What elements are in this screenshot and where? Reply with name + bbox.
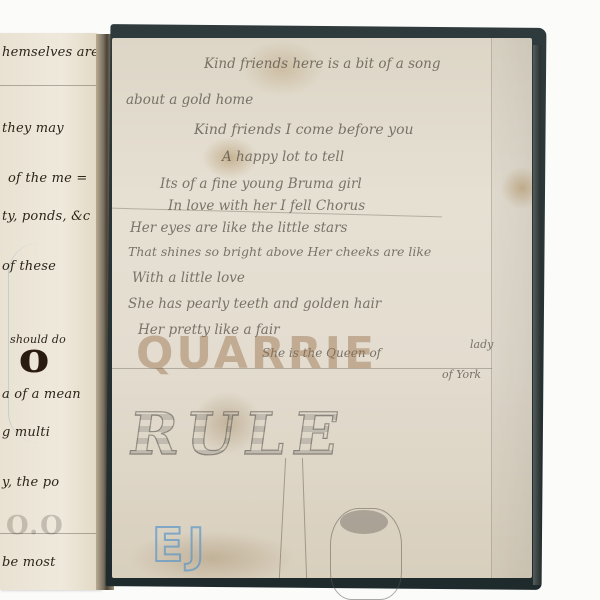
- large-printed-letter: o: [19, 333, 50, 382]
- pencil-line: lady: [470, 338, 493, 351]
- pencil-stroke: [279, 458, 286, 578]
- pencil-line: Her eyes are like the little stars: [130, 220, 347, 236]
- left-line: of these: [2, 259, 56, 274]
- stencil-word: RULE: [125, 400, 350, 468]
- pasted-paper: Kind friends here is a bit of a song abo…: [112, 38, 532, 578]
- pencil-line: Kind friends here is a bit of a song: [204, 56, 440, 72]
- paper-fold: [491, 38, 532, 578]
- left-line: a of a mean: [2, 387, 81, 402]
- pencil-line: A happy lot to tell: [222, 149, 344, 165]
- left-line: of the me =: [8, 171, 87, 186]
- pencil-line: That shines so bright above Her cheeks a…: [128, 244, 431, 259]
- pencil-line: With a little love: [132, 270, 245, 286]
- ruled-line: [0, 533, 100, 534]
- pencil-line: She has pearly teeth and golden hair: [128, 296, 381, 312]
- pencil-line: about a gold home: [126, 92, 253, 108]
- pencil-line: Kind friends I come before you: [194, 122, 414, 138]
- left-facing-page: hemselves are they may of the me = ty, p…: [0, 33, 104, 590]
- left-line: g multi: [2, 425, 50, 440]
- left-line: be most: [2, 555, 56, 570]
- pencil-sketch-hat: [340, 510, 388, 534]
- book-photo: hemselves are they may of the me = ty, p…: [0, 0, 600, 600]
- pencil-line: In love with her I fell Chorus: [168, 198, 365, 214]
- faded-print: O.O: [6, 511, 65, 541]
- left-line: y, the po: [2, 475, 59, 490]
- stamped-word: QUARRIE: [136, 328, 377, 379]
- ruled-line: [112, 368, 492, 369]
- left-line: hemselves are: [2, 45, 99, 60]
- cover-edge: [533, 45, 541, 585]
- left-line: they may: [2, 121, 64, 136]
- ruled-line: [0, 85, 100, 86]
- pencil-line: Its of a fine young Bruma girl: [160, 176, 362, 192]
- pencil-line: of York: [442, 368, 481, 381]
- pencil-stroke: [302, 458, 307, 578]
- left-line: ty, ponds, &c: [2, 209, 90, 224]
- blue-pencil-letters: EJ: [152, 518, 209, 572]
